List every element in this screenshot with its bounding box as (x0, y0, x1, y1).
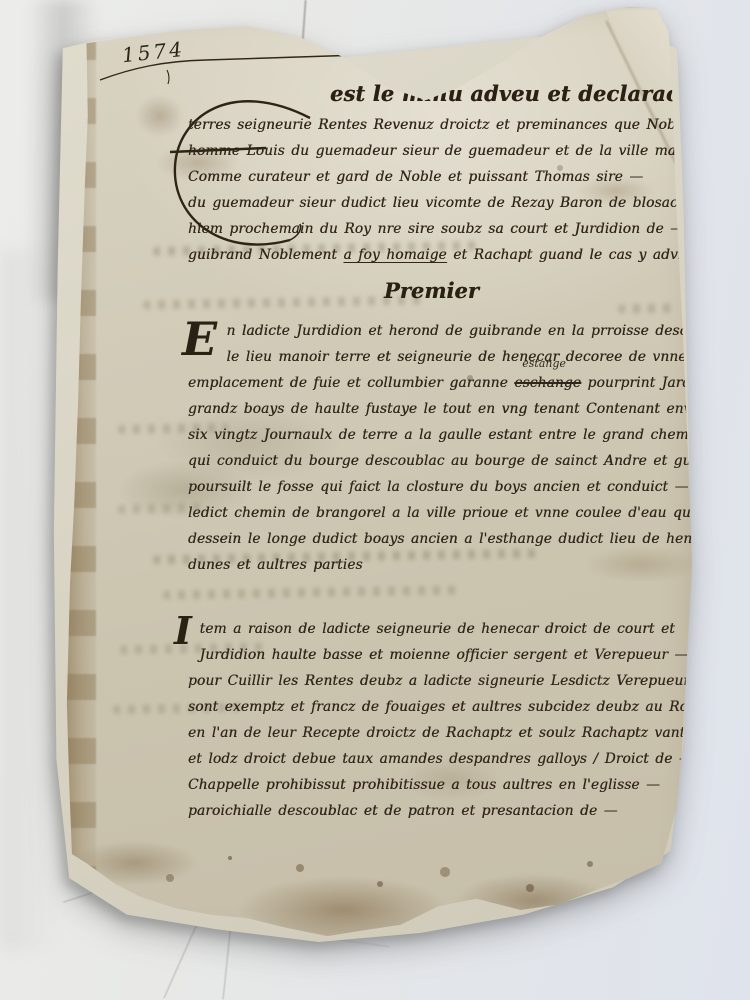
wall-shadow (0, 250, 60, 950)
opening-paragraph: est le minu adveu et declaracion des mai… (188, 78, 680, 268)
manuscript-line: Chappelle prohibissut prohibitissue a to… (188, 772, 673, 798)
manuscript-line: en l'an de leur Recepte droictz de Racha… (188, 720, 673, 746)
manuscript-line: tem a raison de ladicte seigneurie de he… (188, 616, 673, 642)
manuscript-line: Comme curateur et gard de Noble et puiss… (188, 164, 673, 190)
manuscript-line: six vingtz Journaulx de terre a la gaull… (188, 422, 673, 448)
underlined-phrase: a foy homaige (343, 247, 446, 263)
manuscript-page: 1574 est le minu adveu et declaracion de… (58, 4, 692, 938)
line-segment: pourprint Jardins (581, 375, 712, 391)
paragraph-item: I tem a raison de ladicte seigneurie de … (188, 616, 680, 824)
manuscript-line: dessein le longe dudict boays ancien a l… (188, 526, 673, 552)
manuscript-line: du guemadeur sieur dudict lieu vicomte d… (188, 190, 673, 216)
manuscript-line: ledict chemin de brangorel a la ville pr… (188, 500, 673, 526)
manuscript-line: terres seigneurie Rentes Revenuz droictz… (188, 112, 673, 138)
manuscript-line: qui conduict du bourge descoublac au bou… (188, 448, 673, 474)
handwritten-text: est le minu adveu et declaracion des mai… (188, 78, 680, 824)
manuscript-line: homme Louis du guemadeur sieur de guemad… (188, 138, 673, 164)
manuscript-line: grandz boays de haulte fustaye le tout e… (188, 396, 673, 422)
manuscript-line-homage: guibrand Noblement a foy homaige et Rach… (188, 242, 673, 268)
manuscript-line: pour Cuillir les Rentes deubz a ladicte … (188, 668, 673, 694)
interlinear-correction: estange (522, 358, 566, 369)
crossed-out-word: eschange (514, 375, 581, 391)
manuscript-line: poursuilt le fosse qui faict la closture… (188, 474, 673, 500)
paper-speckles (228, 856, 232, 860)
manuscript-line: sont exemptz et francz de fouaiges et au… (188, 694, 673, 720)
paragraph-premier: E n ladicte Jurdidion et herond de guibr… (188, 318, 680, 578)
manuscript-line: n ladicte Jurdidion et herond de guibran… (188, 318, 673, 344)
correction: estangeeschange (514, 370, 581, 396)
section-heading-premier: Premier (384, 276, 479, 306)
manuscript-line: et lodz droict debue taux amandes despan… (188, 746, 673, 772)
manuscript-line: le lieu manoir terre et seigneurie de he… (188, 344, 673, 370)
manuscript-line: dunes et aultres parties (188, 552, 673, 578)
manuscript-front-page: 1574 est le minu adveu et declaracion de… (58, 4, 692, 938)
line-segment: guibrand Noblement (188, 247, 343, 263)
manuscript-line: hiem prochemain du Roy nre sire soubz sa… (188, 216, 673, 242)
manuscript-line-correction: emplacement de fuie et collumbier garann… (188, 370, 673, 396)
line-segment: et Rachapt guand le cas y advient (447, 247, 706, 263)
manuscript-line: Jurdidion haulte basse et moienne offici… (188, 642, 673, 668)
manuscript-line: paroichialle descoublac et de patron et … (188, 798, 673, 824)
title-line: est le minu adveu et declaracion des mai… (330, 78, 670, 112)
line-segment: emplacement de fuie et collumbier garann… (188, 375, 514, 391)
